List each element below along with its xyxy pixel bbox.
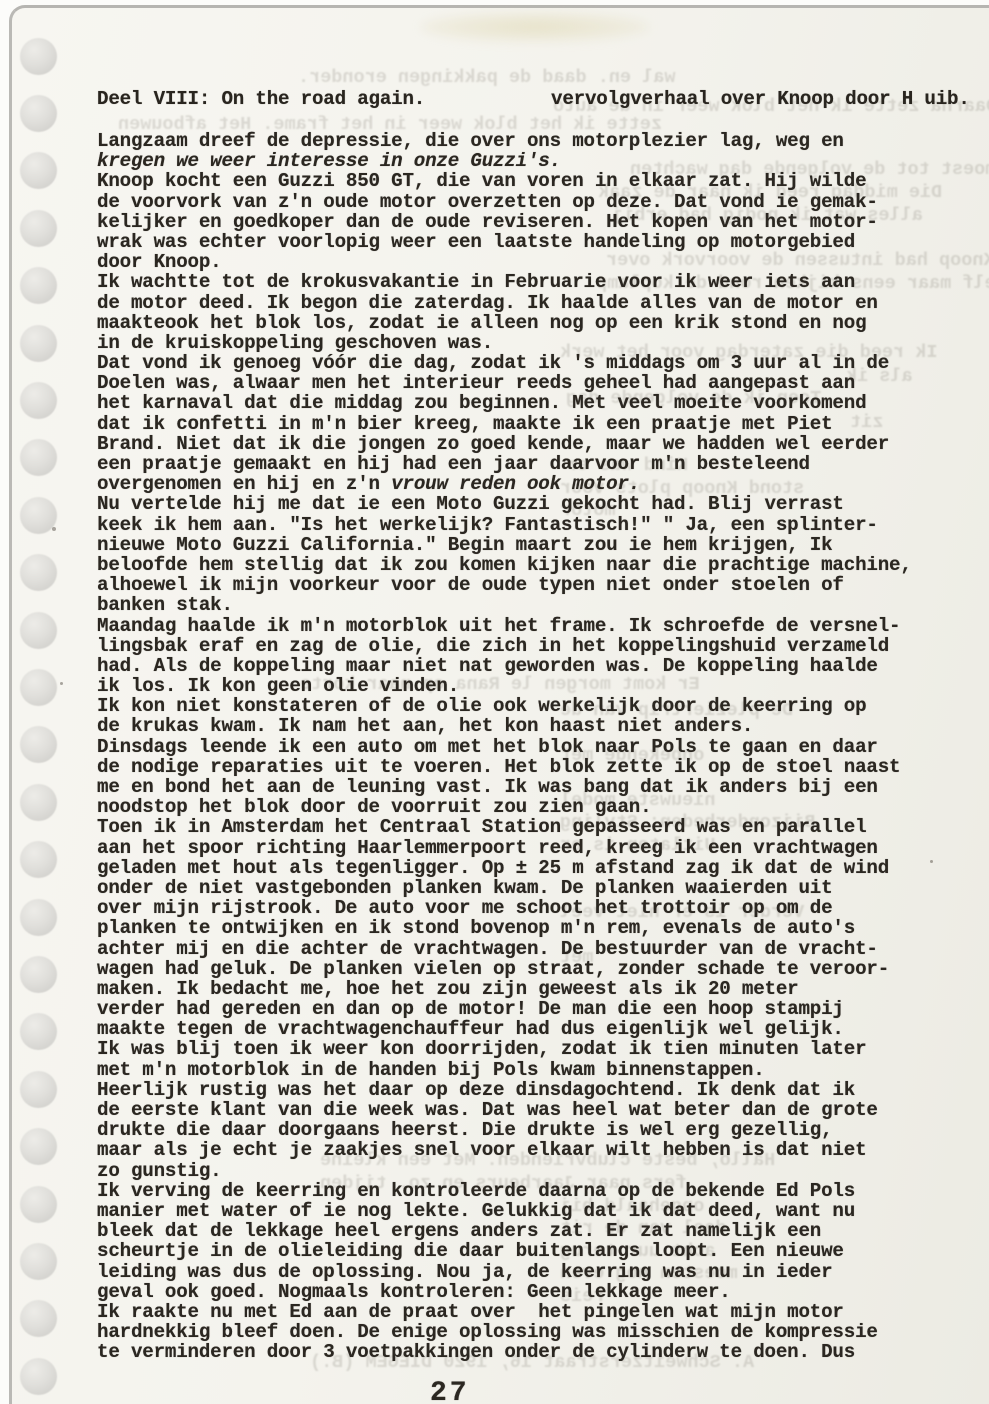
binder-hole [20,1013,57,1050]
text-line: banken stak. [97,595,963,615]
binder-hole [20,1243,57,1280]
binder-hole [20,382,57,419]
text-line: Brand. Niet dat ik die jongen zo goed ke… [97,434,963,454]
text-line: nieuwe Moto Guzzi California." Begin maa… [97,535,963,555]
text-line: over mijn rijstrook. De auto voor me sch… [97,898,963,918]
text-line: Toen ik in Amsterdam het Centraal Statio… [97,817,963,837]
text-line: met m'n motorblok in de handen bij Pols … [97,1060,963,1080]
binder-hole [20,554,57,591]
text-line: Dinsdags leende ik een auto om met het b… [97,737,963,757]
text-line: in de kruiskoppeling geschoven was. [97,333,963,353]
text-line: Ik verving de keerring en kontroleerde d… [97,1181,963,1201]
text-line: leiding was dus de oplossing. Nou ja, de… [97,1262,963,1282]
text-line: Langzaam dreef de depressie, die over on… [97,131,963,151]
text-line: een praatje gemaakt en hij had een jaar … [97,454,963,474]
binder-hole [20,841,57,878]
page-number: 27 [430,1378,470,1404]
text-line: lingsbak eraf en zag de olie, die zich i… [97,636,963,656]
text-line: Knoop kocht een Guzzi 850 GT, die van vo… [97,171,963,191]
binder-hole [20,669,57,706]
text-line: onder de niet vastgebonden planken kwam.… [97,878,963,898]
binder-hole [20,95,57,132]
text-segment-italic: vrouw reden ook motor. [391,473,640,495]
text-line: de eerste klant van die week was. Dat wa… [97,1100,963,1120]
text-segment: overgenomen en hij en z'n [97,473,391,495]
text-line: de motor deed. Ik begon die zaterdag. Ik… [97,293,963,313]
text-line: maken. Ik bedacht me, hoe het zou zijn g… [97,979,963,999]
text-line: scheurtje in de olieleiding die daar bui… [97,1241,963,1261]
text-line: alhoewel ik mijn voorkeur voor de oude t… [97,575,963,595]
binder-hole [20,1071,57,1108]
text-line: noodstop het blok door de voorruit zou z… [97,797,963,817]
binder-hole [20,210,57,247]
text-line: de krukas kwam. Ik nam het aan, het kon … [97,716,963,736]
text-line: bleek dat de lekkage heel ergens anders … [97,1221,963,1241]
paper-speck [60,682,63,685]
paper-speck [52,527,56,531]
text-line: maakte tegen de vrachtwagenchauffeur had… [97,1019,963,1039]
text-line: achter mij en die achter de vrachtwagen.… [97,939,963,959]
text-segment-italic: kregen we weer interesse in onze Guzzi's… [97,150,561,172]
section-title: Deel VIII: On the road again. [97,88,425,110]
binder-hole [20,956,57,993]
text-line: Ik kon niet konstateren of de olie ook w… [97,696,963,716]
text-line: geval ook goed. Nogmaals kontroleren: Ge… [97,1282,963,1302]
text-line: Ik raakte nu met Ed aan de praat over he… [97,1302,963,1322]
text-line: verder had gereden en dan op de motor! D… [97,999,963,1019]
text-line: zo gunstig. [97,1161,963,1181]
text-line: Nu vertelde hij me dat ie een Moto Guzzi… [97,494,963,514]
paper-speck [930,860,933,863]
binder-hole [20,612,57,649]
text-line: beloofde hem stellig dat ik zou komen ki… [97,555,963,575]
text-line: het karnaval dat die middag zou beginnen… [97,393,963,413]
text-line: Ik wachtte tot de krokusvakantie in Febr… [97,272,963,292]
text-line: ik los. Ik kon geen olie vinden. [97,676,963,696]
text-line: keek ik hem aan. "Is het werkelijk? Fant… [97,515,963,535]
text-line: planken te ontwijken en ik stond bovenop… [97,918,963,938]
text-line: te verminderen door 3 voetpakkingen onde… [97,1342,963,1362]
binder-hole [20,267,57,304]
paper-smudge [420,12,650,42]
text-line: Dat vond ik genoeg vóór die dag, zodat i… [97,353,963,373]
text-line: Heerlijk rustig was het daar op deze din… [97,1080,963,1100]
binder-hole [20,784,57,821]
binder-hole [20,325,57,362]
binder-hole [20,439,57,476]
subtitle: vervolgverhaal over Knoop door H uib. [551,88,970,110]
text-line: overgenomen en hij en z'n vrouw reden oo… [97,474,963,494]
text-line: kelijker en goedkoper dan de oude revise… [97,212,963,232]
text-line: dat ik confetti in m'n bier kreeg, maakt… [97,414,963,434]
text-line: de voorvork van z'n oude motor overzette… [97,192,963,212]
typewritten-text: Langzaam dreef de depressie, die over on… [97,131,963,1362]
binder-hole [20,38,57,75]
text-line: de nodige reparaties uit te voeren. Het … [97,757,963,777]
text-line: had. Als de koppeling maar niet nat gewo… [97,656,963,676]
binder-hole [20,899,57,936]
text-line: Maandag haalde ik m'n motorblok uit het … [97,616,963,636]
text-line: aan het spoor richting Haarlemmerpoort r… [97,838,963,858]
binder-hole [20,1358,57,1395]
text-line: wrak was echter voorlopig weer een laats… [97,232,963,252]
text-line: manier met water of ie nog lekte. Gelukk… [97,1201,963,1221]
text-line: Doelen was, alwaar men het interieur ree… [97,373,963,393]
binder-hole [20,497,57,534]
binder-hole [20,1128,57,1165]
binder-hole [20,1186,57,1223]
text-line: geladen met hout als tegenligger. Op ± 2… [97,858,963,878]
text-line: wagen had geluk. De planken vielen op st… [97,959,963,979]
text-line: hardnekkig bleef doen. De enige oplossin… [97,1322,963,1342]
text-line: maakteook het blok los, zodat ie alleen … [97,313,963,333]
binder-hole [20,726,57,763]
binder-hole [20,1300,57,1337]
text-line: Ik was blij toen ik weer kon doorrijden,… [97,1039,963,1059]
text-line: door Knoop. [97,252,963,272]
text-line: maar als je echt je zaakjes snel voor el… [97,1140,963,1160]
text-line: drukte die daar doorgaans heerst. Die dr… [97,1120,963,1140]
binder-hole [20,152,57,189]
text-line: me en bond het aan de leuning vast. Ik w… [97,777,963,797]
text-line: kregen we weer interesse in onze Guzzi's… [97,151,963,171]
